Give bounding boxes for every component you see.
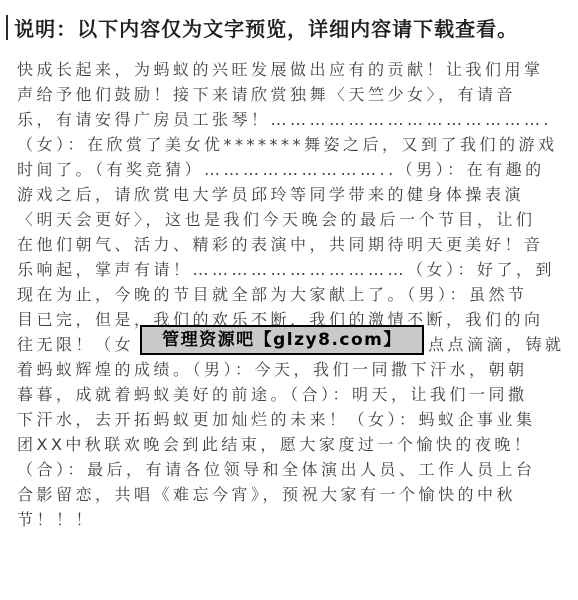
text-line-with-watermark: 往无限！（女管理资源吧【glzy8.com】点点滴滴，铸就 — [17, 332, 569, 357]
text-segment-after-watermark: 点点滴滴，铸就 — [428, 335, 565, 354]
text-line: 快成长起来，为蚂蚁的兴旺发展做出应有的贡献！让我们用掌 — [17, 57, 569, 82]
text-line: 着蚂蚁辉煌的成绩。（男）：今天，我们一同撒下汗水，朝朝 — [17, 357, 569, 382]
text-line: 声给予他们鼓励！接下来请欣赏独舞〈天竺少女〉，有请音 — [17, 82, 569, 107]
text-segment-before-watermark: 往无限！（女 — [17, 335, 134, 354]
text-line: 乐，有请安得广房员工张琴！……………………………………. — [17, 107, 569, 132]
text-line: 节！！！ — [17, 507, 569, 532]
text-line: 现在为止，今晚的节目就全部为大家献上了。（男）：虽然节 — [17, 282, 569, 307]
text-line: 时间了。（有奖竞猜）………………………..（男）：在有趣的 — [17, 157, 569, 182]
text-cursor — [6, 15, 8, 40]
watermark-badge[interactable]: 管理资源吧【glzy8.com】 — [140, 325, 424, 355]
text-line: 游戏之后，请欣赏电大学员邱玲等同学带来的健身体操表演 — [17, 182, 569, 207]
text-line: 下汗水，去开拓蚂蚁更加灿烂的未来！（女）：蚂蚁企事业集 — [17, 407, 569, 432]
text-line: 合影留恋，共唱《难忘今宵》，预祝大家有一个愉快的中秋 — [17, 482, 569, 507]
document-preview-page: 说明：以下内容仅为文字预览，详细内容请下载查看。 快成长起来，为蚂蚁的兴旺发展做… — [0, 0, 578, 600]
text-line: 暮暮，成就着蚂蚁美好的前途。（合）：明天，让我们一同撒 — [17, 382, 569, 407]
text-line: （女）：在欣赏了美女优*******舞姿之后，又到了我们的游戏 — [17, 132, 569, 157]
text-line: 在他们朝气、活力、精彩的表演中，共同期待明天更美好！音 — [17, 232, 569, 257]
text-line: 〈明天会更好〉，这也是我们今天晚会的最后一个节目，让们 — [17, 207, 569, 232]
text-line: （合）：最后，有请各位领导和全体演出人员、工作人员上台 — [17, 457, 569, 482]
preview-notice-row: 说明：以下内容仅为文字预览，详细内容请下载查看。 — [6, 13, 518, 41]
preview-notice: 说明：以下内容仅为文字预览，详细内容请下载查看。 — [14, 13, 518, 42]
document-body: 快成长起来，为蚂蚁的兴旺发展做出应有的贡献！让我们用掌 声给予他们鼓励！接下来请… — [17, 57, 569, 532]
watermark-slot: 管理资源吧【glzy8.com】 — [140, 332, 424, 357]
text-line: 乐响起，掌声有请！……………………………（女）：好了，到 — [17, 257, 569, 282]
text-line: 团XX中秋联欢晚会到此结束，愿大家度过一个愉快的夜晚！ — [17, 432, 569, 457]
